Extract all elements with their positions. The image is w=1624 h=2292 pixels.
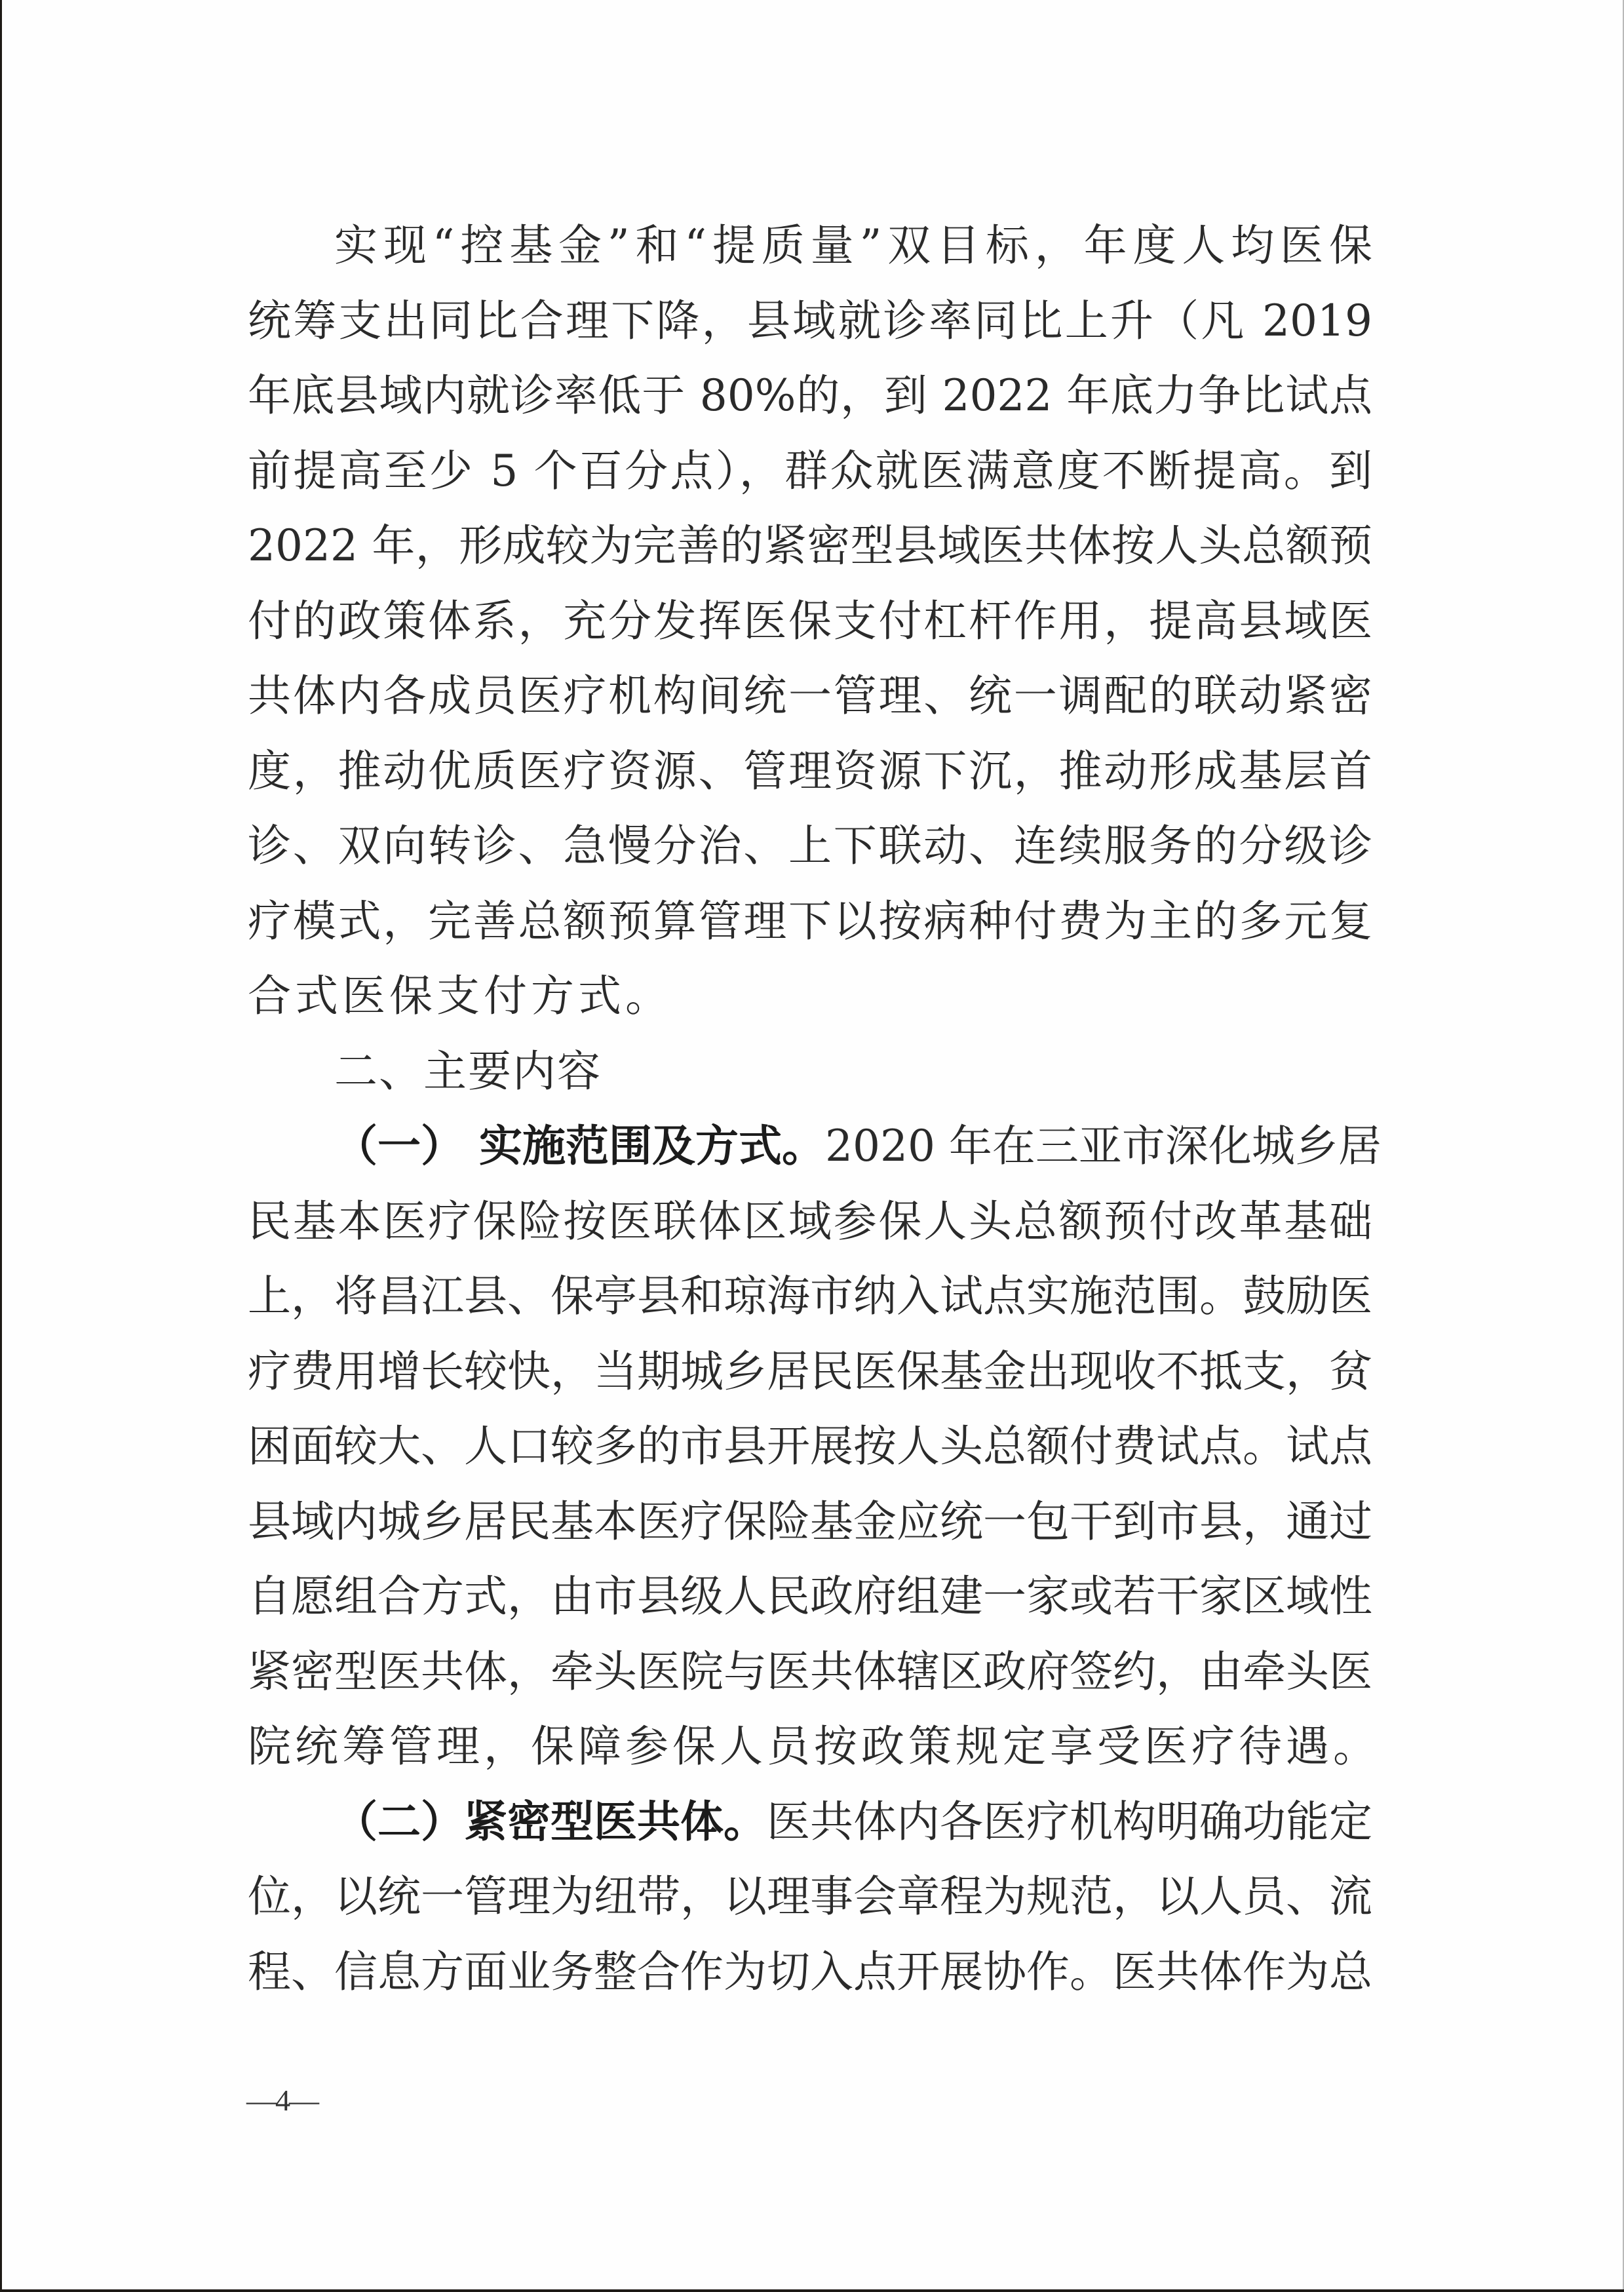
paragraph-line: 诊、双向转诊、急慢分治、上下联动、连续服务的分级诊 <box>248 809 1372 884</box>
page-number: —4— <box>246 2083 318 2118</box>
body-text: 实现“控基金”和“提质量”双目标，年度人均医保 统筹支出同比合理下降，县域就诊率… <box>248 208 1372 2010</box>
paragraph-line: 前提高至少 5 个百分点），群众就医满意度不断提高。到 <box>248 434 1372 509</box>
paragraph-line: 县域内城乡居民基本医疗保险基金应统一包干到市县，通过 <box>248 1485 1372 1560</box>
paragraph-line: 自愿组合方式，由市县级人民政府组建一家或若干家区域性 <box>248 1559 1372 1635</box>
paragraph-line: 程、信息方面业务整合作为切入点开展协作。医共体作为总 <box>248 1935 1372 2010</box>
subsection-first-line: （二）紧密型医共体。医共体内各医疗机构明确功能定 <box>248 1785 1372 1860</box>
paragraph-line: 上，将昌江县、保亭县和琼海市纳入试点实施范围。鼓励医 <box>248 1259 1372 1334</box>
paragraph-line: 年底县域内就诊率低于 80%的，到 2022 年底力争比试点 <box>248 359 1372 434</box>
paragraph-line: 疗模式，完善总额预算管理下以按病种付费为主的多元复 <box>248 884 1372 960</box>
section-heading: 二、主要内容 <box>248 1034 1372 1110</box>
paragraph-line: 2022 年，形成较为完善的紧密型县域医共体按人头总额预 <box>248 509 1372 584</box>
subsection-text: 医共体内各医疗机构明确功能定 <box>767 1797 1372 1847</box>
paragraph-line: 付的政策体系，充分发挥医保支付杠杆作用，提高县域医 <box>248 584 1372 659</box>
paragraph-line: 合式医保支付方式。 <box>248 959 1372 1034</box>
paragraph-line: 民基本医疗保险按医联体区域参保人头总额预付改革基础 <box>248 1184 1372 1260</box>
paragraph-line: 困面较大、人口较多的市县开展按人头总额付费试点。试点 <box>248 1409 1372 1485</box>
paragraph-line: 院统筹管理，保障参保人员按政策规定享受医疗待遇。 <box>248 1709 1372 1785</box>
paragraph-line: 共体内各成员医疗机构间统一管理、统一调配的联动紧密 <box>248 659 1372 734</box>
subsection-first-line: （一） 实施范围及方式。2020 年在三亚市深化城乡居 <box>248 1109 1372 1184</box>
paragraph-line: 度，推动优质医疗资源、管理资源下沉，推动形成基层首 <box>248 734 1372 809</box>
subsection-title: （一） 实施范围及方式。 <box>334 1121 825 1171</box>
paragraph-line: 实现“控基金”和“提质量”双目标，年度人均医保 <box>248 208 1372 284</box>
paragraph-line: 统筹支出同比合理下降，县域就诊率同比上升（凡 2019 <box>248 284 1372 359</box>
paragraph-line: 紧密型医共体，牵头医院与医共体辖区政府签约，由牵头医 <box>248 1635 1372 1710</box>
subsection-title: （二）紧密型医共体。 <box>334 1797 767 1847</box>
subsection-text: 2020 年在三亚市深化城乡居 <box>825 1121 1382 1171</box>
paragraph-line: 位，以统一管理为纽带，以理事会章程为规范，以人员、流 <box>248 1859 1372 1935</box>
scan-edge-left <box>0 0 2 2292</box>
document-page: 实现“控基金”和“提质量”双目标，年度人均医保 统筹支出同比合理下降，县域就诊率… <box>0 0 1624 2292</box>
paragraph-line: 疗费用增长较快，当期城乡居民医保基金出现收不抵支，贫 <box>248 1334 1372 1410</box>
scan-edge-bottom <box>0 2289 1624 2292</box>
